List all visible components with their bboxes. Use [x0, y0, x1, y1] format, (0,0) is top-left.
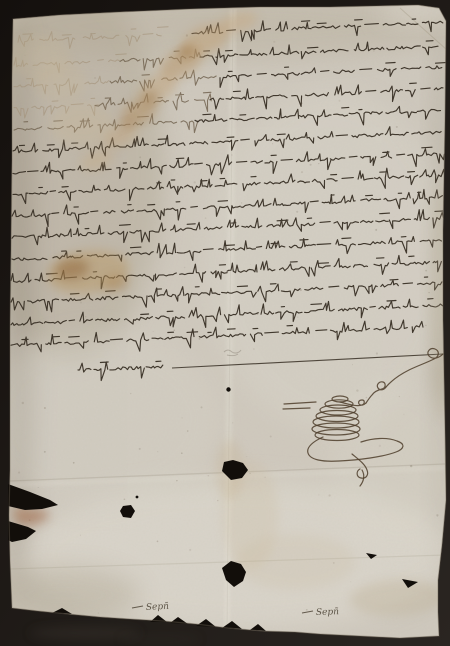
- parchment-grain: [0, 0, 450, 646]
- parchment-surface: SepñSepñ: [0, 0, 450, 646]
- parchment-hole: [226, 387, 230, 391]
- parchment-hole: [136, 496, 139, 499]
- photo-stage: SepñSepñ: [0, 0, 450, 646]
- floor-smudge: [120, 634, 200, 644]
- manuscript-photograph: SepñSepñ: [0, 0, 450, 646]
